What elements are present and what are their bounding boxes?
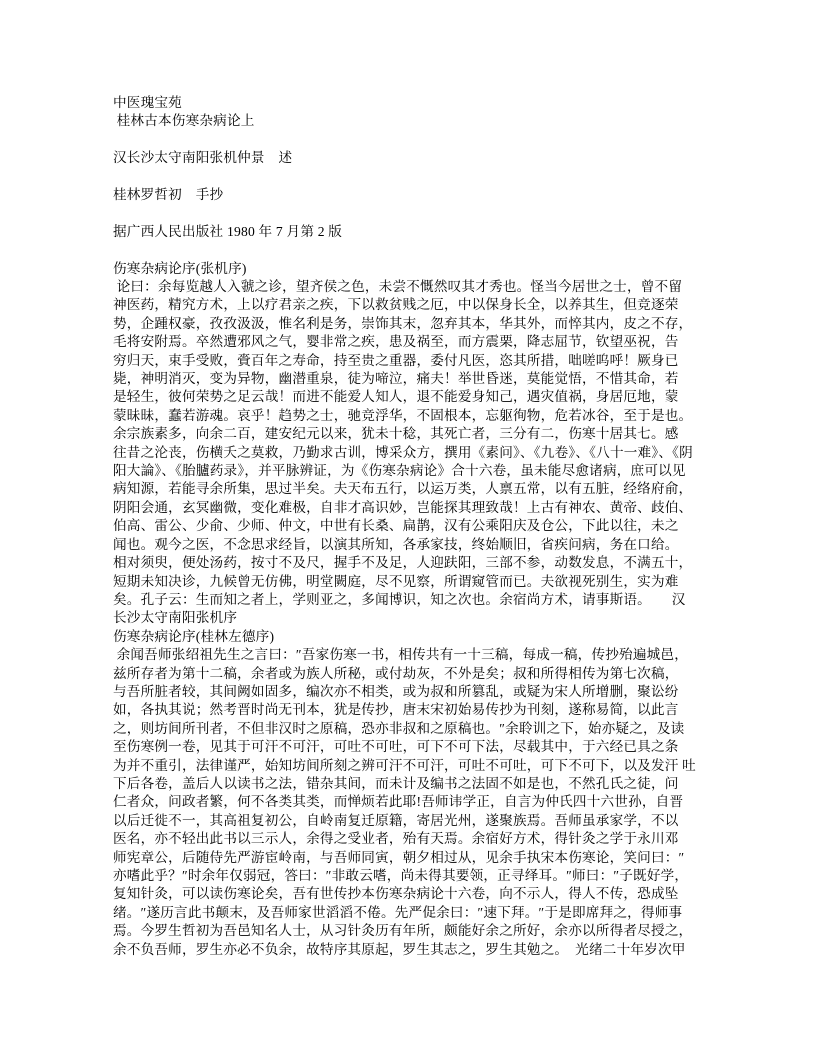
document-page: 中医瑰宝苑 桂林古本伤寒杂病论上 汉长沙太守南阳张机仲景 述 桂林罗哲初 手抄 … [0, 0, 816, 1056]
document-content: 中医瑰宝苑 桂林古本伤寒杂病论上 汉长沙太守南阳张机仲景 述 桂林罗哲初 手抄 … [113, 94, 717, 959]
text-line: 亦嗜此乎？″时余年仅弱冠，答曰：″非敢云嗜，尚未得其要领，正寻绎耳。″师曰：″子… [113, 867, 717, 885]
text-line: 毙，神明消灭，变为异物，幽潜重泉，徒为啼泣，痛夫！举世昏迷，莫能觉悟，不惜其命，… [113, 370, 717, 388]
text-line: 闻也。观今之医，不念思求经旨，以演其所知，各承家技，终始顺旧，省疾问病，务在口给… [113, 536, 717, 554]
text-line: 阴阳会通，玄冥幽微，变化难极，自非才高识妙，岂能探其理致哉！上古有神农、黄帝、歧… [113, 499, 717, 517]
section-heading: 伤寒杂病论序(张机序) [113, 260, 717, 278]
text-line: 神医药，精究方术，上以疗君亲之疾，下以救贫贱之厄，中以保身长全，以养其生，但竞逐… [113, 296, 717, 314]
text-line: 是轻生，彼何荣势之足云哉！而进不能爱人知人，退不能爱身知己，遇灾值祸，身居厄地，… [113, 388, 717, 406]
text-line: 焉。今罗生哲初为吾邑知名人士，从习针灸历有年所，颇能好余之所好，余亦以所得者尽授… [113, 922, 717, 940]
text-line: 仁者众，问政者繁，何不各类其类，而惮烦若此耶!吾师讳学正，自言为仲氏四十六世孙，… [113, 793, 717, 811]
text-line: 复知针灸，可以读伤寒论矣，吾有世传抄本伤寒杂病论十六卷，向不示人，得人不传，恐成… [113, 885, 717, 903]
section-preface-zuode: 伤寒杂病论序(桂林左德序) 余闻吾师张绍祖先生之言曰：″吾家伤寒一书，相传共有一… [113, 628, 717, 959]
text-line: 兹所存者为第十二稿，余者或为族人所秘，或付劫灰，不外是矣；叔和所得相传为第七次稿… [113, 665, 717, 683]
text-line: 病知源，若能寻余所集，思过半矣。夫天布五行，以运万类，人禀五常，以有五脏，经络府… [113, 480, 717, 498]
edition-line: 据广西人民出版社 1980 年 7 月第 2 版 [113, 223, 717, 241]
text-line: 如，各执其说；然考晋时尚无刊本，犹是传抄，唐末宋初始易传抄为刊刻，遂称易简，以此… [113, 701, 717, 719]
transcriber-line: 桂林罗哲初 手抄 [113, 186, 717, 204]
text-line: 为并不重引，法律谨严，始知坊间所刻之辨可汗不可汗，可吐不可吐，可下不可下，以及发… [113, 757, 717, 775]
text-line: 蒙昧昧，蠢若游魂。哀乎！趋势之士，驰竞浮华，不固根本，忘躯徇物，危若冰谷，至于是… [113, 407, 717, 425]
book-title: 桂林古本伤寒杂病论上 [113, 112, 717, 130]
text-line: 下后各卷，盖后人以读书之法，错杂其间，而未计及编书之法固不如是也，不然孔氏之徒，… [113, 775, 717, 793]
text-line: 长沙太守南阳张机序 [113, 609, 717, 627]
text-line: 伯高、雷公、少俞、少师、仲文，中世有长桑、扁鹊，汉有公乘阳庆及仓公，下此以往，未… [113, 517, 717, 535]
site-name: 中医瑰宝苑 [113, 94, 717, 112]
section-heading: 伤寒杂病论序(桂林左德序) [113, 628, 717, 646]
text-line: 绪。″遂历言此书颠末，及吾师家世滔滔不倦。先严促余曰：″速下拜。″于是即席拜之，… [113, 904, 717, 922]
section-body: 论曰：余每览越人入虢之诊，望齐侯之色，未尝不慨然叹其才秀也。怪当今居世之士，曾不… [113, 278, 717, 628]
attribution-line: 汉长沙太守南阳张机仲景 述 [113, 149, 717, 167]
text-line: 以后迁徙不一，其高祖复初公，自岭南复迁原籍，寄居光州，遂聚族焉。吾师虽承家学，不… [113, 812, 717, 830]
section-preface-zhangji: 伤寒杂病论序(张机序) 论曰：余每览越人入虢之诊，望齐侯之色，未尝不慨然叹其才秀… [113, 260, 717, 628]
text-line: 医名，亦不轻出此书以三示人，余得之受业者，殆有天焉。余宿好方术，得针灸之学于永川… [113, 830, 717, 848]
section-body: 余闻吾师张绍祖先生之言曰：″吾家伤寒一书，相传共有一十三稿，每成一稿，传抄殆遍城… [113, 646, 717, 959]
text-line: 至伤寒例一卷，见其于可汗不可汗，可吐不可吐，可下不可下法，尽载其中，于六经已具之… [113, 738, 717, 756]
text-line: 余宗族素多，向余二百，建安纪元以来，犹未十稔，其死亡者，三分有二，伤寒十居其七。… [113, 425, 717, 443]
blank-line [113, 241, 717, 259]
text-line: 毛将安附焉。卒然遭邪风之气，婴非常之疾，患及祸至，而方震栗，降志屈节，钦望巫祝，… [113, 333, 717, 351]
text-line: 往昔之沦丧，伤横夭之莫救，乃勤求古训，博采众方，撰用《素问》、《九卷》、《八十一… [113, 444, 717, 462]
text-line: 师宪章公，后随侍先严游宦岭南，与吾师同寅，朝夕相过从，见余手执宋本伤寒论，笑问曰… [113, 849, 717, 867]
text-line: 矣。孔子云：生而知之者上，学则亚之，多闻博识，知之次也。余宿尚方术，请事斯语。 … [113, 591, 717, 609]
text-line: 势，企踵权豪，孜孜汲汲，惟名利是务，崇饰其末，忽弃其本，华其外，而悴其内，皮之不… [113, 315, 717, 333]
text-line: 之，则坊间所刊者，不但非汉时之原稿，恐亦非叔和之原稿也。″余聆训之下，始亦疑之，… [113, 720, 717, 738]
blank-line [113, 168, 717, 186]
text-line: 穷归天，束手受败，賫百年之寿命，持至贵之重器，委付凡医，恣其所措，咄嗟呜呼！厥身… [113, 352, 717, 370]
text-line: 余不负吾师，罗生亦必不负余，故特序其原起，罗生其志之，罗生其勉之。 光绪二十年岁… [113, 941, 717, 959]
text-line: 相对须臾，便处汤药，按寸不及尺，握手不及足，人迎趺阳，三部不参，动数发息，不满五… [113, 554, 717, 572]
text-line: 与吾所脏者较，其间阙如固多，编次亦不相类，或为叔和所篡乱，或疑为宋人所增删，聚讼… [113, 683, 717, 701]
text-line: 短期未知决诊，九候曾无仿佛，明堂闕庭，尽不见察，所谓窥管而已。夫欲视死别生，实为… [113, 573, 717, 591]
blank-line [113, 131, 717, 149]
text-line: 阳大論》、《胎臚药录》，并平脉辨证，为《伤寒杂病论》合十六卷，虽未能尽愈诸病，庶… [113, 462, 717, 480]
blank-line [113, 204, 717, 222]
text-line: 余闻吾师张绍祖先生之言曰：″吾家伤寒一书，相传共有一十三稿，每成一稿，传抄殆遍城… [113, 646, 717, 664]
text-line: 论曰：余每览越人入虢之诊，望齐侯之色，未尝不慨然叹其才秀也。怪当今居世之士，曾不… [113, 278, 717, 296]
